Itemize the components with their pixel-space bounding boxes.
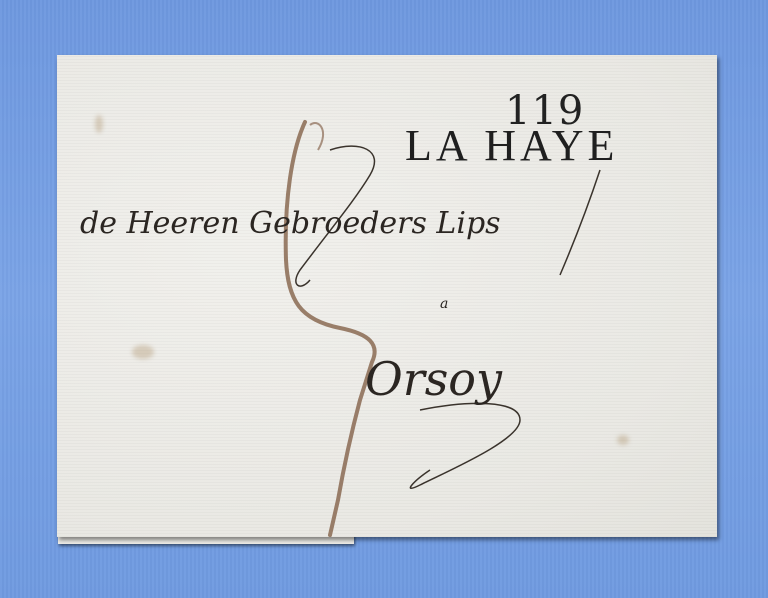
manuscript-rate-5 <box>0 0 768 598</box>
address-line-1: de Heeren Gebroeders Lips <box>80 206 501 241</box>
address-line-2: a <box>440 296 448 312</box>
address-line-3: Orsoy <box>365 352 502 406</box>
postmark-town: LA HAYE <box>405 120 618 171</box>
